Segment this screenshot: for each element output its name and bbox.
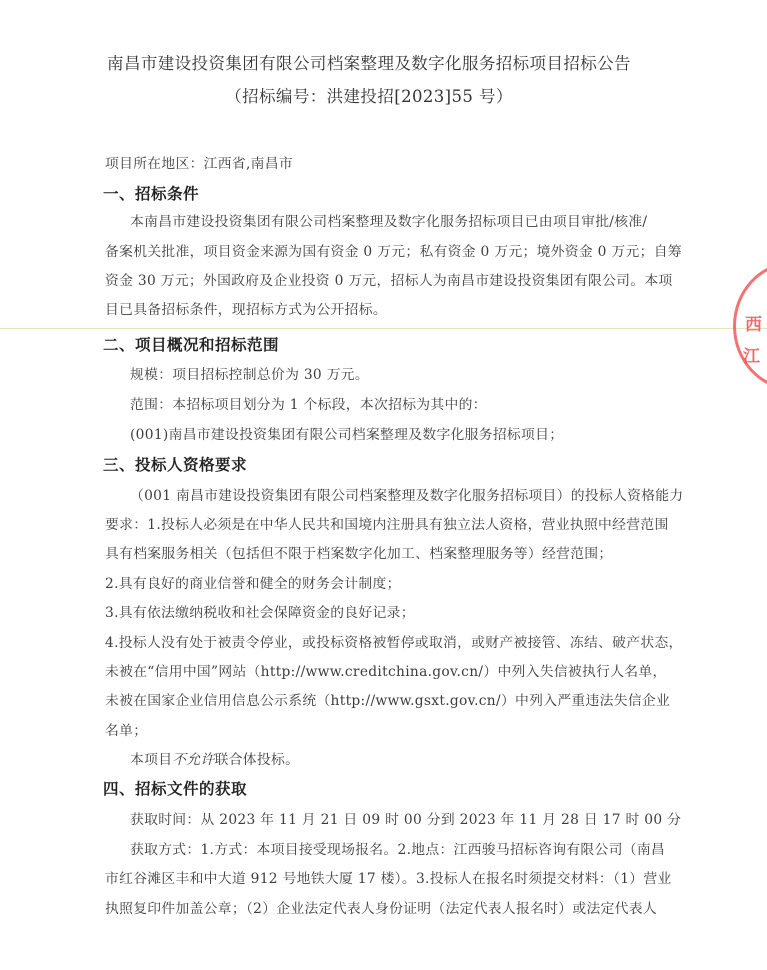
seal-char: 江 <box>743 342 760 367</box>
section-3-line: 要求：1.投标人必须是在中华人民共和国境内注册具有独立法人资格，营业执照中经营范… <box>105 513 669 533</box>
consortium-statement: 本项目不允许联合体投标。 <box>130 748 299 768</box>
tender-number: （招标编号：洪建投招[2023]55 号） <box>0 83 738 107</box>
section-2-line: 规模：项目招标控制总价为 30 万元。 <box>130 363 369 383</box>
consortium-emphasis: 不允许 <box>172 752 214 768</box>
seal-char: 西 <box>745 310 762 335</box>
consortium-prefix: 本项目 <box>130 752 172 768</box>
section-1-line: 备案机关批准，项目资金来源为国有资金 0 万元；私有资金 0 万元；境外资金 0… <box>105 240 682 260</box>
section-3-line: 2.具有良好的商业信誉和健全的财务会计制度； <box>105 572 401 592</box>
document-title: 南昌市建设投资集团有限公司档案整理及数字化服务招标项目招标公告 <box>0 50 738 74</box>
scan-artifact-line <box>0 328 767 329</box>
section-2-line: (001)南昌市建设投资集团有限公司档案整理及数字化服务招标项目； <box>130 423 563 443</box>
section-3-line: 3.具有依法缴纳税收和社会保障资金的良好记录； <box>105 601 415 621</box>
section-3-line: 4.投标人没有处于被责令停业，或投标资格被暂停或取消，或财产被接管、冻结、破产状… <box>105 631 683 651</box>
section-1-line: 资金 30 万元；外国政府及企业投资 0 万元，招标人为南昌市建设投资集团有限公… <box>105 269 673 289</box>
project-location: 项目所在地区：江西省,南昌市 <box>105 152 293 172</box>
section-heading-4: 四、招标文件的获取 <box>103 777 247 799</box>
section-4-line: 获取时间：从 2023 年 11 月 21 日 09 时 00 分到 2023 … <box>130 808 681 828</box>
section-1-line: 本南昌市建设投资集团有限公司档案整理及数字化服务招标项目已由项目审批/核准/ <box>130 210 647 230</box>
section-heading-2: 二、项目概况和招标范围 <box>103 333 279 355</box>
section-3-line: 未被在“信用中国”网站（http://www.creditchina.gov.c… <box>105 660 667 680</box>
section-2-line: 范围：本招标项目划分为 1 个标段，本次招标为其中的： <box>130 393 487 413</box>
section-4-line: 市红谷滩区丰和中大道 912 号地铁大厦 17 楼）。3.投标人在报名时须提交材… <box>105 867 672 887</box>
section-heading-3: 三、投标人资格要求 <box>103 453 247 475</box>
section-4-line: 获取方式：1.方式：本项目接受现场报名。2.地点：江西骏马招标咨询有限公司（南昌 <box>130 838 665 858</box>
section-1-line: 目已具备招标条件，现招标方式为公开招标。 <box>105 298 387 318</box>
section-3-line: 具有档案服务相关（包括但不限于档案数字化加工、档案整理服务等）经营范围； <box>105 542 613 562</box>
official-seal-stamp: 西 江 <box>733 262 767 392</box>
section-heading-1: 一、招标条件 <box>103 182 199 204</box>
document-page: 南昌市建设投资集团有限公司档案整理及数字化服务招标项目招标公告 （招标编号：洪建… <box>0 0 767 970</box>
section-3-line: 未被在国家企业信用信息公示系统（http://www.gsxt.gov.cn/）… <box>105 689 670 709</box>
section-3-line: （001 南昌市建设投资集团有限公司档案整理及数字化服务招标项目）的投标人资格能… <box>130 484 684 504</box>
consortium-suffix: 联合体投标。 <box>215 752 300 768</box>
section-4-line: 执照复印件加盖公章；（2）企业法定代表人身份证明（法定代表人报名时）或法定代表人 <box>105 897 657 917</box>
section-3-line: 名单； <box>105 719 147 739</box>
